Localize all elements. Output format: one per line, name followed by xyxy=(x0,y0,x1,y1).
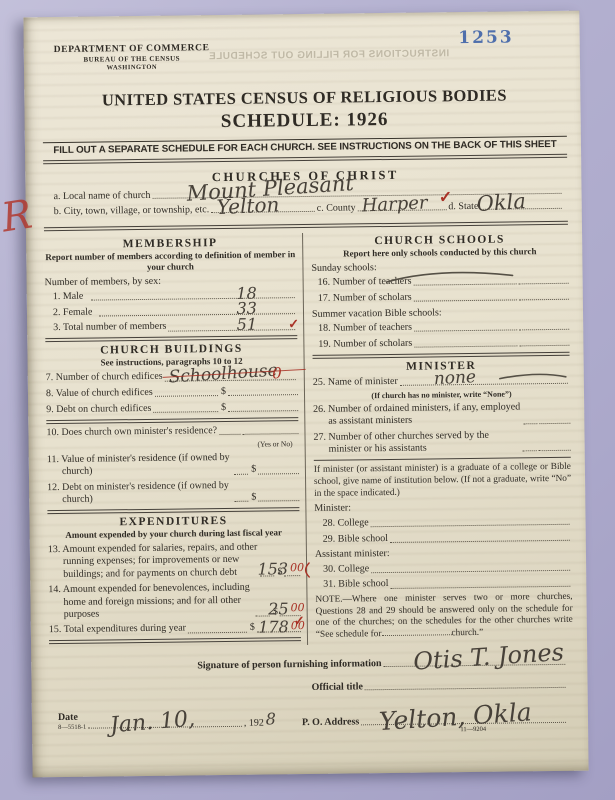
double-rule xyxy=(45,335,297,342)
q3-value: 51 xyxy=(237,315,258,335)
form-columns: MEMBERSHIP Report number of members acco… xyxy=(44,230,573,648)
state-label: d. State xyxy=(448,201,478,212)
q9-line xyxy=(153,411,218,413)
q13-salaries-row: 13. Amount expended for salaries, repair… xyxy=(48,541,300,581)
department-block: DEPARTMENT OF COMMERCE BUREAU OF THE CEN… xyxy=(54,43,210,72)
q1-label: 1. Male xyxy=(53,291,89,304)
q13-label: 13. Amount expended for salaries, repair… xyxy=(48,542,259,581)
county-value: Harper xyxy=(361,192,428,216)
expenditures-subtitle: Amount expended by your church during la… xyxy=(48,527,300,541)
double-rule xyxy=(46,417,298,424)
q10-residence-row: 10. Does church own minister's residence… xyxy=(46,424,298,439)
q30-label: 30. College xyxy=(323,563,369,576)
date-label: Date xyxy=(58,711,78,722)
schools-subtitle: Report here only schools conducted by th… xyxy=(311,246,568,260)
q30-line xyxy=(371,570,570,573)
q8-label: 8. Value of church edifices xyxy=(46,387,153,400)
q29-label: 29. Bible school xyxy=(323,533,388,546)
q12-line xyxy=(234,501,248,502)
q17-answer-line xyxy=(519,299,569,301)
q2-line xyxy=(99,313,295,316)
date-label-stack: Date 8—5518-1 xyxy=(58,711,86,730)
field-row-bcd: b. City, town, village, or township, etc… xyxy=(54,200,564,217)
signature-row: Signature of person furnishing informati… xyxy=(197,655,567,671)
print-code: 11—9204 xyxy=(460,725,486,732)
q26-answer-line xyxy=(540,422,571,423)
q17-scholars-row: 17. Number of scholars xyxy=(312,290,569,305)
dollar-sign: $ xyxy=(250,622,255,634)
double-rule xyxy=(47,507,299,514)
note-tail: church.” xyxy=(451,628,483,638)
q11-residence-value-row: 11. Value of minister's residence (if ow… xyxy=(47,451,299,478)
q17-line xyxy=(414,300,517,302)
q19-scholars-row: 19. Number of scholars xyxy=(312,336,569,351)
q27-line xyxy=(522,451,536,452)
signature-value: Otis T. Jones xyxy=(413,637,565,675)
q15-total-row: 15. Total expenditures during year $ 178… xyxy=(49,621,301,636)
q3-label: 3. Total number of members xyxy=(53,321,166,335)
q8-value-row: 8. Value of church edifices $ xyxy=(46,385,298,400)
q18-answer-line xyxy=(519,329,569,331)
minister-subheading: Minister: xyxy=(314,500,571,514)
double-rule xyxy=(44,221,568,231)
q30-college-row: 30. College xyxy=(315,560,572,575)
double-rule xyxy=(49,637,301,644)
signature-label: Signature of person furnishing informati… xyxy=(197,658,381,671)
q13-dollars: 153 xyxy=(257,560,288,579)
q12-label: 12. Debt on minister's residence (if own… xyxy=(47,480,232,507)
red-margin-stroke xyxy=(301,562,311,578)
form-content: DEPARTMENT OF COMMERCE BUREAU OF THE CEN… xyxy=(23,11,588,778)
q9-debt-row: 9. Debt on church edifices $ xyxy=(46,401,298,416)
q25-label: 25. Name of minister xyxy=(313,376,398,389)
q15-dollars: 178 xyxy=(258,617,289,636)
q26-ordained-row: 26. Number of ordained ministers, if any… xyxy=(313,401,570,429)
county-label: c. County xyxy=(317,202,356,213)
q7-edifices-row: 7. Number of church edifices Schoolhouse… xyxy=(46,370,298,385)
q15-line xyxy=(188,631,247,633)
q1-male-row: 1. Male 18 xyxy=(45,288,297,303)
date-value: Jan. 10, xyxy=(109,706,196,738)
red-checkmark: ✓ xyxy=(439,187,453,207)
assistant-subheading: Assistant minister: xyxy=(315,546,572,560)
dollar-sign: $ xyxy=(251,492,256,504)
q8-line xyxy=(155,395,218,397)
year-digit-value: 8 xyxy=(266,709,276,728)
graduate-note: If minister (or assistant minister) is a… xyxy=(314,462,571,500)
note-lead: NOTE.—Where one minister serves two or m… xyxy=(315,592,572,640)
washington-line: WASHINGTON xyxy=(54,63,210,73)
q14-benevolences-row: 14. Amount expended for benevolences, in… xyxy=(48,581,300,621)
q7-red-correction: 0 xyxy=(272,364,282,382)
q26-line xyxy=(524,423,538,424)
q27-label: 27. Number of other churches served by t… xyxy=(313,429,520,456)
q7-label: 7. Number of church edifices xyxy=(46,371,163,385)
red-checkmark: ✓ xyxy=(294,613,305,629)
q16-line xyxy=(413,284,516,286)
q2-label: 2. Female xyxy=(53,306,98,319)
q13-amount-value: 15300 xyxy=(257,559,304,579)
state-line: Okla xyxy=(480,208,561,210)
right-column: CHURCH SCHOOLS Report here only schools … xyxy=(302,230,573,645)
q9-amount-line xyxy=(228,410,298,412)
q12-amount-line xyxy=(258,501,299,502)
official-title-row: Official title xyxy=(312,678,568,692)
q27-answer-line xyxy=(538,450,570,451)
q11-line xyxy=(234,473,248,474)
county-line: Harper ✓ xyxy=(358,209,447,211)
q29-bible-school-row: 29. Bible school xyxy=(315,530,572,545)
q14-label: 14. Amount expended for benevolences, in… xyxy=(48,582,254,621)
q19-line xyxy=(414,345,517,347)
city-line: Yelton xyxy=(211,211,315,213)
q31-line xyxy=(391,585,571,588)
local-name-label: a. Local name of church xyxy=(54,190,151,202)
q10-line xyxy=(219,434,240,435)
official-title-label: Official title xyxy=(312,681,364,693)
department-line: DEPARTMENT OF COMMERCE xyxy=(54,43,210,56)
q18-teachers-row: 18. Number of teachers xyxy=(312,320,569,335)
date-line: Jan. 10, xyxy=(88,725,242,728)
q25-value: none xyxy=(433,367,476,390)
signature-line: Otis T. Jones xyxy=(384,663,566,666)
q9-label: 9. Debt on church edifices xyxy=(46,403,151,416)
state-value: Okla xyxy=(476,189,527,216)
red-margin-mark: R xyxy=(0,192,35,242)
q16-teachers-row: 16. Number of teachers xyxy=(312,274,569,289)
membership-intro: Number of members, by sex: xyxy=(45,274,297,288)
po-address-value: Yelton, Okla xyxy=(378,697,532,736)
single-rule xyxy=(314,457,571,461)
q18-line xyxy=(414,330,517,332)
q10-answer-line xyxy=(242,433,298,435)
q10-hint: (Yes or No) xyxy=(47,439,293,451)
q3-line xyxy=(168,329,295,332)
q11-label: 11. Value of minister's residence (if ow… xyxy=(47,452,233,479)
form-code: 8—5518-1 xyxy=(58,723,86,730)
q28-line xyxy=(371,524,570,527)
q16-answer-line xyxy=(519,283,569,285)
q7-line: Schoolhouse 0 xyxy=(165,379,296,382)
census-form-page: INSTRUCTIONS FOR FILLING OUT SCHEDULE DE… xyxy=(23,11,588,778)
q31-label: 31. Bible school xyxy=(323,578,388,591)
q26-label: 26. Number of ordained ministers, if any… xyxy=(313,402,522,429)
printed-year: , 192 xyxy=(244,717,264,728)
q8-amount-line xyxy=(228,394,298,396)
q27-other-churches-row: 27. Number of other churches served by t… xyxy=(313,429,570,457)
q18-label: 18. Number of teachers xyxy=(318,322,412,335)
po-address-line: Yelton, Okla 11—9204 xyxy=(361,721,566,725)
q11-amount-line xyxy=(258,473,299,474)
po-address-label: P. O. Address xyxy=(302,716,359,728)
pencil-stroke xyxy=(384,269,514,285)
q25-minister-name-row: 25. Name of minister none xyxy=(313,374,570,389)
q28-label: 28. College xyxy=(322,517,368,530)
pencil-stroke xyxy=(498,371,568,382)
q31-bible-school-row: 31. Bible school xyxy=(315,576,572,591)
official-title-line xyxy=(365,686,566,689)
summer-schools-label: Summer vacation Bible schools: xyxy=(312,305,569,319)
q10-label: 10. Does church own minister's residence… xyxy=(46,425,217,439)
city-value: Yelton xyxy=(217,192,281,219)
q17-label: 17. Number of scholars xyxy=(318,292,412,305)
serial-number-stamp: 1253 xyxy=(458,27,514,48)
double-rule xyxy=(312,351,569,358)
q28-college-row: 28. College xyxy=(314,515,571,530)
q2-female-row: 2. Female 33 xyxy=(45,304,297,319)
q19-answer-line xyxy=(519,345,569,347)
membership-subtitle: Report number of members according to de… xyxy=(44,249,296,274)
q1-line xyxy=(90,297,294,300)
dollar-sign: $ xyxy=(221,386,226,398)
city-label: b. City, town, village, or township, etc… xyxy=(54,204,210,217)
q3-total-row: 3. Total number of members 51 ✓ xyxy=(45,320,297,335)
left-column: MEMBERSHIP Report number of members acco… xyxy=(44,233,307,648)
red-checkmark: ✓ xyxy=(288,316,299,332)
q15-label: 15. Total expenditures during year xyxy=(49,623,186,637)
q25-hint: (If church has no minister, write “None”… xyxy=(313,389,570,401)
dollar-sign: $ xyxy=(221,402,226,414)
q14-dollars: 25 xyxy=(268,600,289,619)
q25-line: none xyxy=(400,383,568,386)
banner-instruction: FILL OUT A SEPARATE SCHEDULE FOR EACH CH… xyxy=(43,139,567,156)
schedule-year-title: SCHEDULE: 1926 xyxy=(43,107,567,135)
q19-label: 19. Number of scholars xyxy=(318,338,412,351)
note-paragraph: NOTE.—Where one minister serves two or m… xyxy=(315,592,573,642)
q29-line xyxy=(390,539,570,542)
note-blank-line xyxy=(381,634,451,636)
q12-residence-debt-row: 12. Debt on minister's residence (if own… xyxy=(47,479,299,506)
date-address-row: Date 8—5518-1 Jan. 10, , 192 8 P. O. Add… xyxy=(58,705,568,730)
dollar-sign: $ xyxy=(251,464,256,476)
